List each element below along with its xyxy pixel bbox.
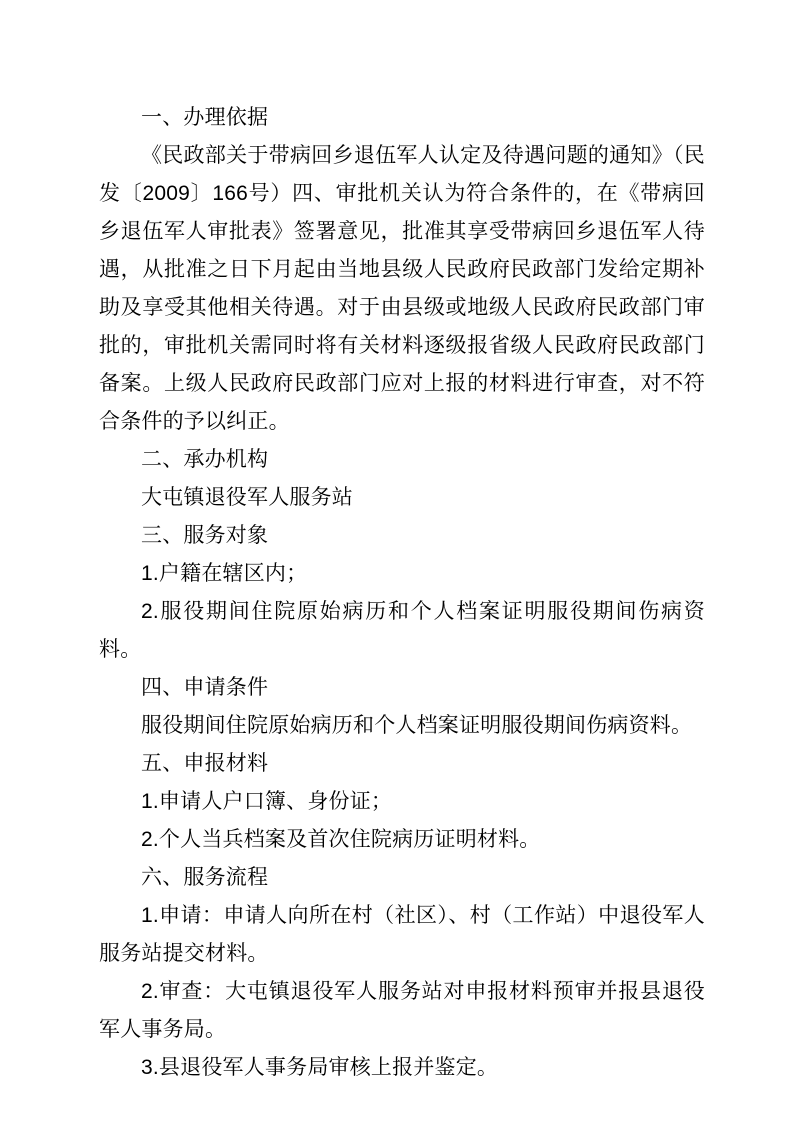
para-process-step-2: 2.审查：大屯镇退役军人服务站对申报材料预审并报县退役军人事务局。 [99, 973, 705, 1049]
heading-5-apply-materials: 五、申报材料 [99, 745, 705, 783]
document-content: 一、办理依据 《民政部关于带病回乡退伍军人认定及待遇问题的通知》（民发〔2009… [99, 99, 705, 1087]
para-process-step-1: 1.申请：申请人向所在村（社区）、村（工作站）中退役军人服务站提交材料。 [99, 897, 705, 973]
document-page: 一、办理依据 《民政部关于带病回乡退伍军人认定及待遇问题的通知》（民发〔2009… [0, 0, 793, 1122]
para-basis-content: 《民政部关于带病回乡退伍军人认定及待遇问题的通知》（民发〔2009〕166号）四… [99, 137, 705, 441]
para-target-2: 2.服役期间住院原始病历和个人档案证明服役期间伤病资料。 [99, 593, 705, 669]
heading-2-agency: 二、承办机构 [99, 441, 705, 479]
para-condition: 服役期间住院原始病历和个人档案证明服役期间伤病资料。 [99, 707, 705, 745]
para-material-2: 2.个人当兵档案及首次住院病历证明材料。 [99, 821, 705, 859]
heading-6-service-process: 六、服务流程 [99, 859, 705, 897]
heading-3-service-targets: 三、服务对象 [99, 517, 705, 555]
para-process-step-3: 3.县退役军人事务局审核上报并鉴定。 [99, 1049, 705, 1087]
heading-1-basis: 一、办理依据 [99, 99, 705, 137]
heading-4-apply-conditions: 四、申请条件 [99, 669, 705, 707]
para-material-1: 1.申请人户口簿、身份证； [99, 783, 705, 821]
para-agency-name: 大屯镇退役军人服务站 [99, 479, 705, 517]
para-target-1: 1.户籍在辖区内； [99, 555, 705, 593]
